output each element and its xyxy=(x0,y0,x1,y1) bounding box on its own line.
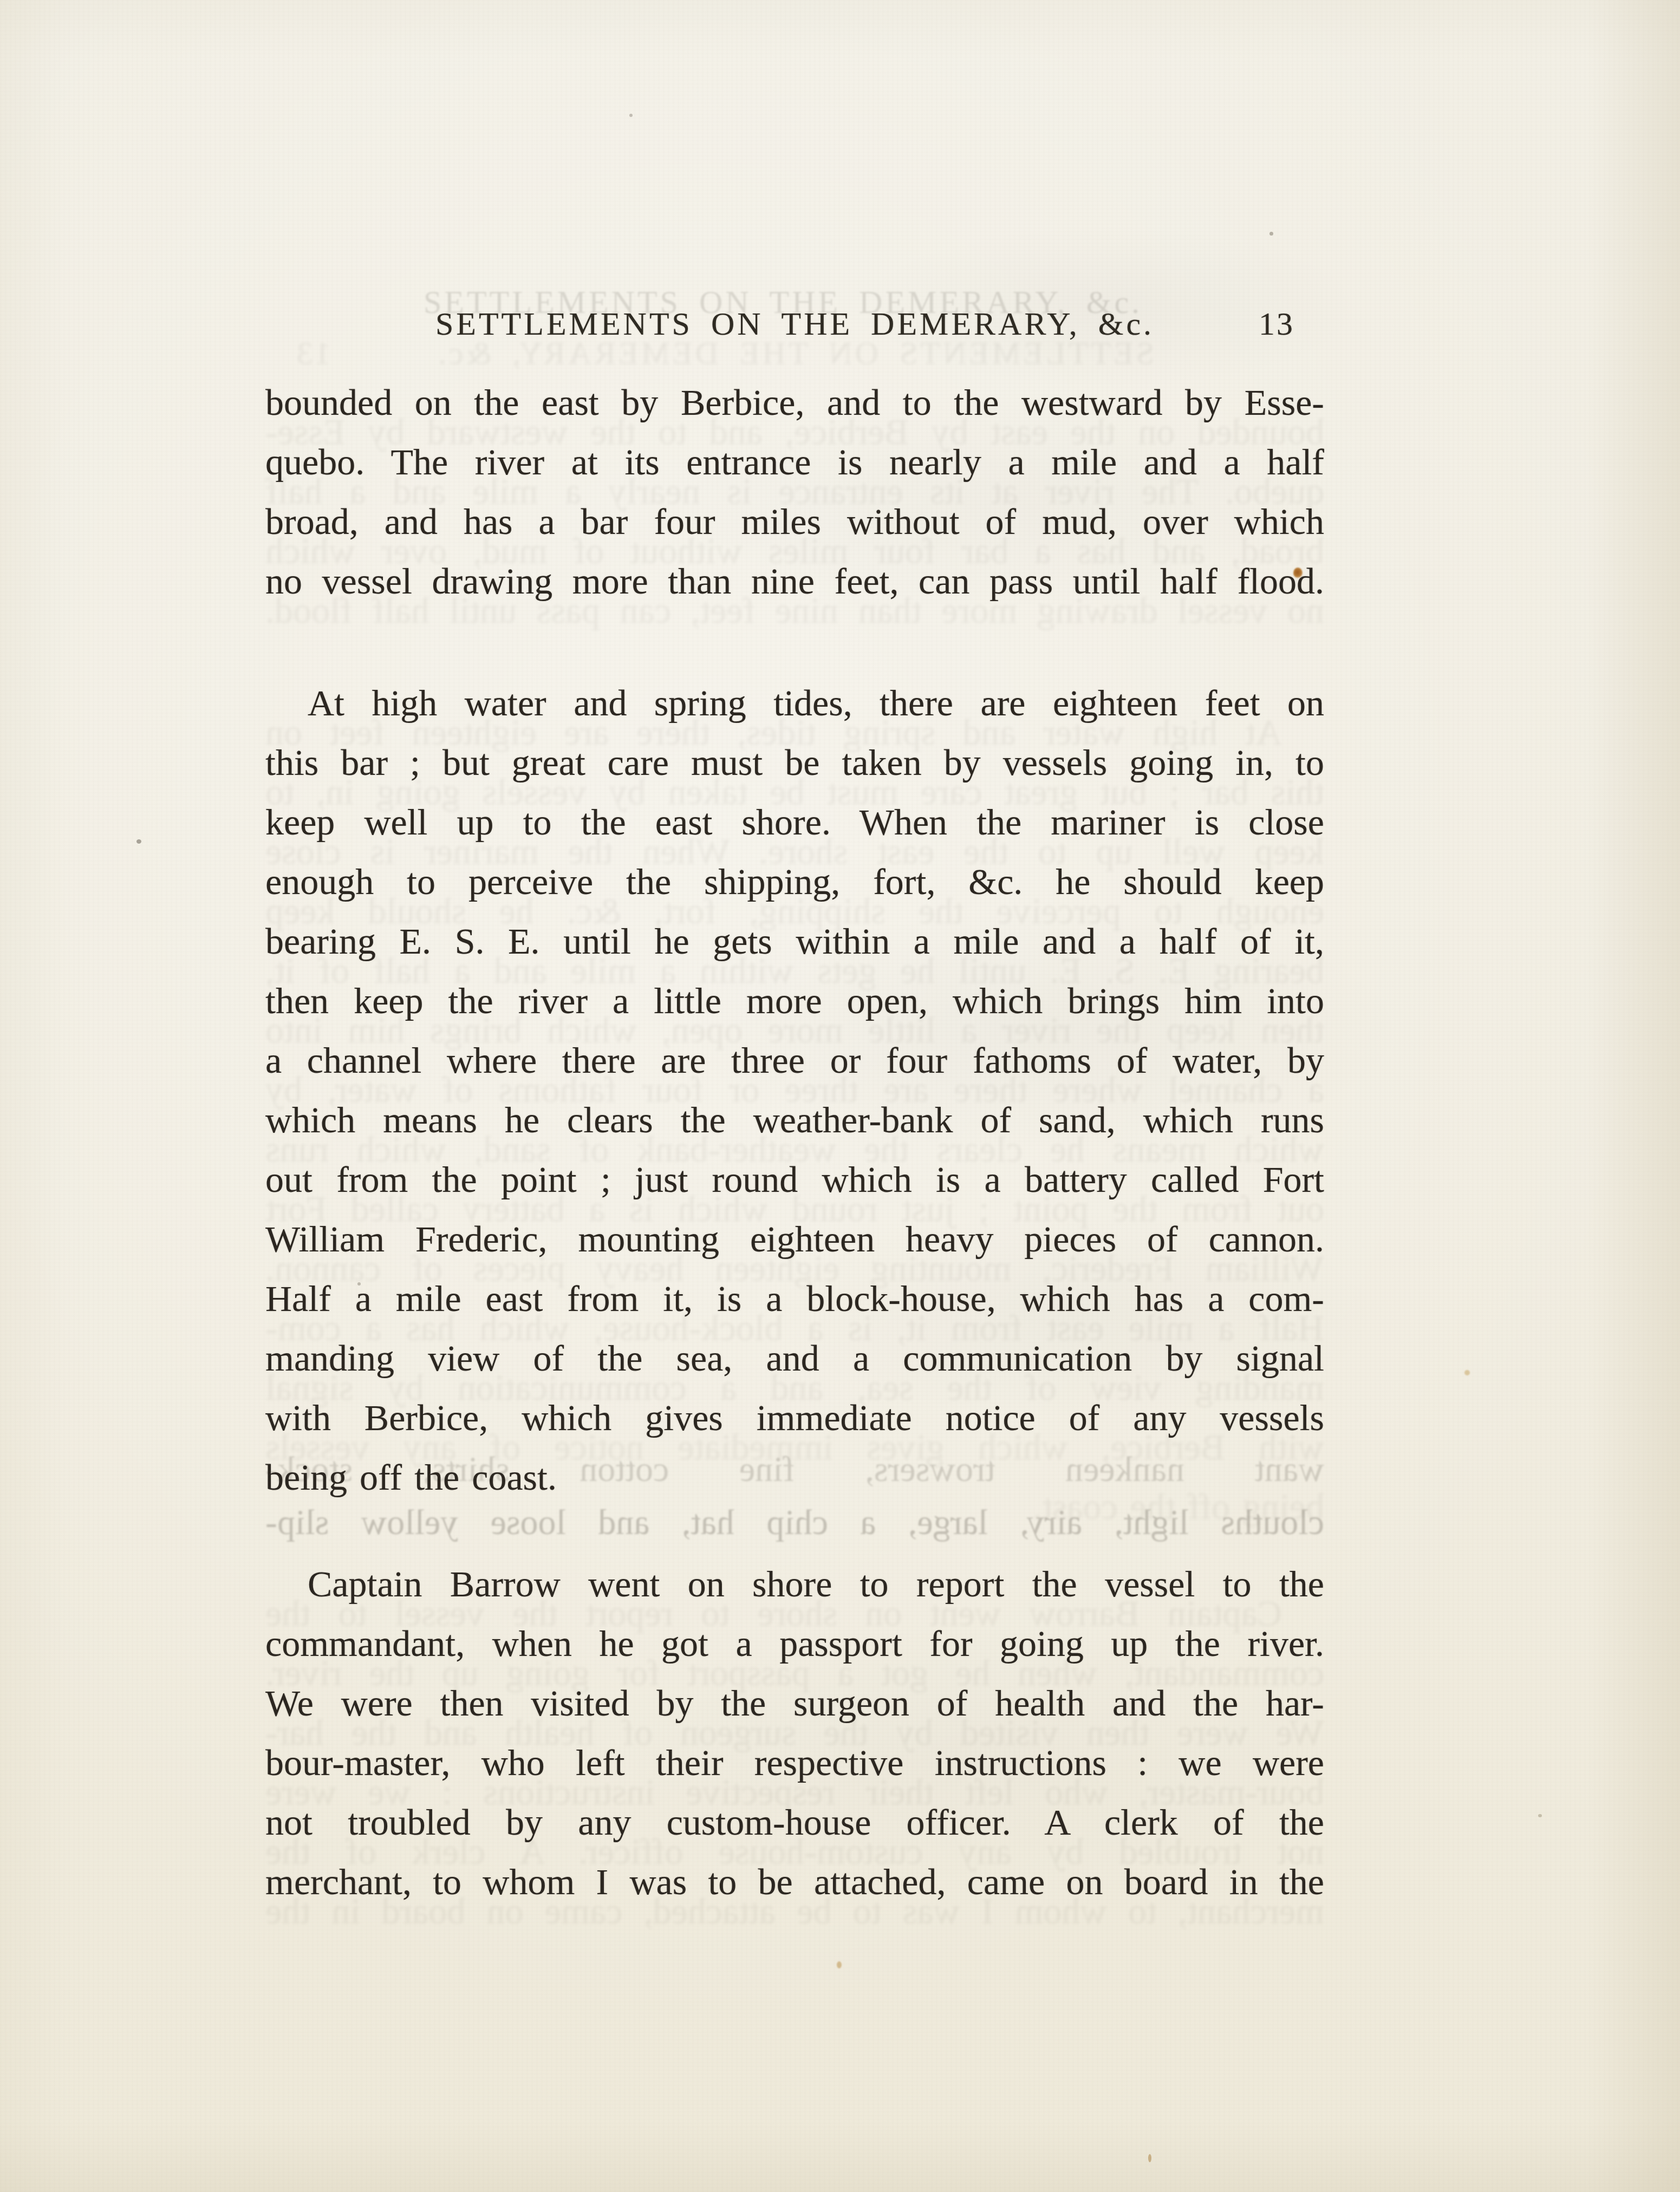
ink-speck xyxy=(1538,1814,1542,1817)
text-line: At high water and spring tides, there ar… xyxy=(265,673,1324,733)
text-block: SETTLEMENTS ON THE DEMERARY, &c. 13 boun… xyxy=(265,0,1324,2192)
text-line: Half a mile east from it, is a block-hou… xyxy=(265,1269,1324,1328)
text-line: this bar ; but great care must be taken … xyxy=(265,733,1324,792)
book-page-scan: SETTLEMENTS ON THE DEMERARY, &c. 13 boun… xyxy=(0,0,1680,2192)
text-line: enough to perceive the shipping, fort, &… xyxy=(265,852,1324,911)
text-line: bounded on the east by Berbice, and to t… xyxy=(265,373,1324,432)
text-line: commandant, when he got a passport for g… xyxy=(265,1614,1324,1673)
paragraph: bounded on the east by Berbice, and to t… xyxy=(265,373,1324,611)
text-line: bearing E. S. E. until he gets within a … xyxy=(265,911,1324,971)
text-line: William Frederic, mounting eighteen heav… xyxy=(265,1209,1324,1269)
text-line: no vessel drawing more than nine feet, c… xyxy=(265,551,1324,611)
text-line: not troubled by any custom-house officer… xyxy=(265,1792,1324,1852)
text-line: out from the point ; just round which is… xyxy=(265,1150,1324,1209)
ink-speck xyxy=(136,839,141,844)
text-line: bour-master, who left their respective i… xyxy=(265,1733,1324,1792)
text-line: with Berbice, which gives immediate noti… xyxy=(265,1388,1324,1447)
text-line: Captain Barrow went on shore to report t… xyxy=(265,1554,1324,1614)
page-number: 13 xyxy=(1259,308,1294,340)
text-line: which means he clears the weather-bank o… xyxy=(265,1090,1324,1150)
text-line: merchant, to whom I was to be attached, … xyxy=(265,1852,1324,1912)
text-line: manding view of the sea, and a communica… xyxy=(265,1328,1324,1388)
text-line: keep well up to the east shore. When the… xyxy=(265,792,1324,852)
text-line: a channel where there are three or four … xyxy=(265,1030,1324,1090)
foxing-spot xyxy=(1464,1370,1470,1375)
running-header: SETTLEMENTS ON THE DEMERARY, &c. 13 xyxy=(265,308,1324,340)
text-line: then keep the river a little more open, … xyxy=(265,971,1324,1030)
text-line: being off the coast. xyxy=(265,1447,1324,1507)
text-line: broad, and has a bar four miles without … xyxy=(265,492,1324,551)
paragraph: Captain Barrow went on shore to report t… xyxy=(265,1554,1324,1912)
text-line: quebo. The river at its entrance is near… xyxy=(265,432,1324,492)
header-title: SETTLEMENTS ON THE DEMERARY, &c. xyxy=(435,306,1154,342)
paragraph: At high water and spring tides, there ar… xyxy=(265,673,1324,1507)
text-line: We were then visited by the surgeon of h… xyxy=(265,1673,1324,1733)
